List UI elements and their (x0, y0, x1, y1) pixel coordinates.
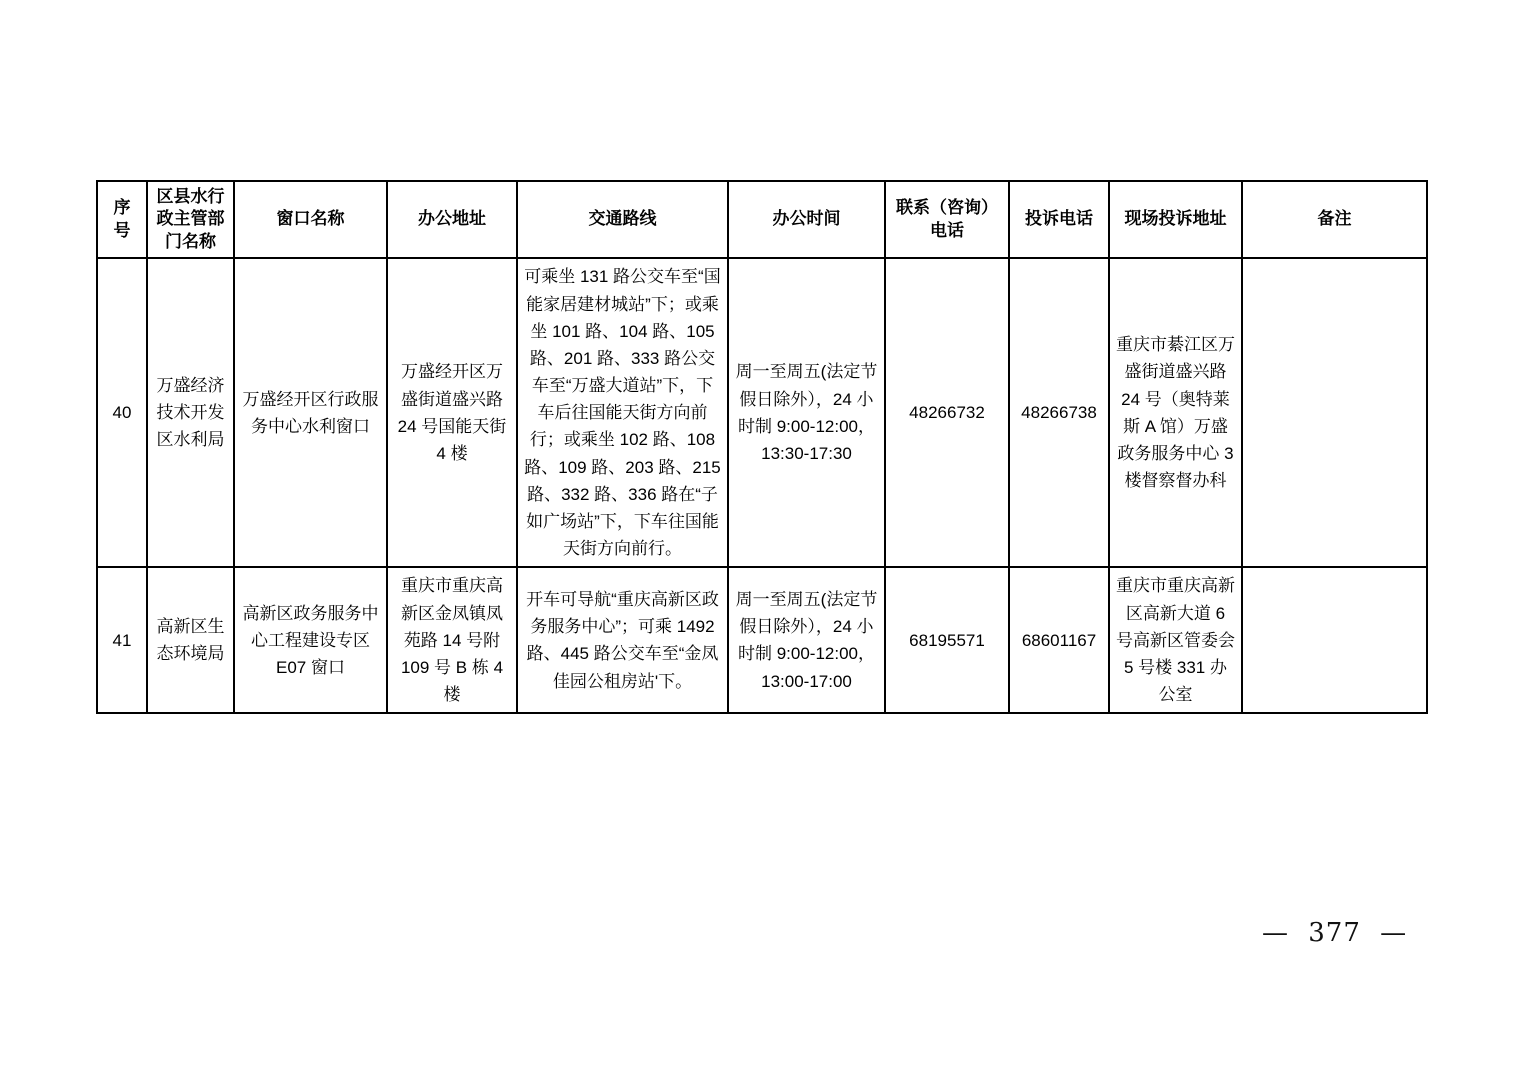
cell-dept: 万盛经济技术开发区水利局 (147, 258, 234, 567)
cell-onsite-complaint-address: 重庆市重庆高新区高新大道 6 号高新区管委会 5 号楼 331 办公室 (1109, 567, 1242, 713)
page-number: — 377 — (1262, 918, 1402, 948)
header-remarks: 备注 (1242, 181, 1427, 258)
service-windows-table: 序号 区县水行政主管部门名称 窗口名称 办公地址 交通路线 办公时间 联系（咨询… (96, 180, 1428, 714)
header-seq: 序号 (97, 181, 147, 258)
cell-seq: 41 (97, 567, 147, 713)
document-page: 序号 区县水行政主管部门名称 窗口名称 办公地址 交通路线 办公时间 联系（咨询… (0, 0, 1520, 1073)
cell-office-address: 万盛经开区万盛街道盛兴路 24 号国能天街 4 楼 (387, 258, 517, 567)
header-complaint-phone: 投诉电话 (1009, 181, 1109, 258)
header-office-hours: 办公时间 (728, 181, 885, 258)
header-onsite-complaint-address: 现场投诉地址 (1109, 181, 1242, 258)
cell-dept: 高新区生态环境局 (147, 567, 234, 713)
cell-transport-route: 开车可导航“重庆高新区政务服务中心”；可乘 1492 路、445 路公交车至“金… (517, 567, 728, 713)
header-office-address: 办公地址 (387, 181, 517, 258)
header-transport-route: 交通路线 (517, 181, 728, 258)
cell-remarks (1242, 567, 1427, 713)
cell-onsite-complaint-address: 重庆市綦江区万盛街道盛兴路 24 号（奥特莱斯 A 馆）万盛政务服务中心 3 楼… (1109, 258, 1242, 567)
cell-window-name: 高新区政务服务中心工程建设专区 E07 窗口 (234, 567, 387, 713)
cell-transport-route: 可乘坐 131 路公交车至“国能家居建材城站”下；或乘坐 101 路、104 路… (517, 258, 728, 567)
table-header-row: 序号 区县水行政主管部门名称 窗口名称 办公地址 交通路线 办公时间 联系（咨询… (97, 181, 1427, 258)
cell-office-address: 重庆市重庆高新区金凤镇凤苑路 14 号附 109 号 B 栋 4 楼 (387, 567, 517, 713)
cell-office-hours: 周一至周五(法定节假日除外），24 小时制 9:00-12:00，13:00-1… (728, 567, 885, 713)
cell-contact-phone: 48266732 (885, 258, 1009, 567)
cell-remarks (1242, 258, 1427, 567)
cell-contact-phone: 68195571 (885, 567, 1009, 713)
cell-window-name: 万盛经开区行政服务中心水利窗口 (234, 258, 387, 567)
cell-office-hours: 周一至周五(法定节假日除外），24 小时制 9:00-12:00，13:30-1… (728, 258, 885, 567)
cell-complaint-phone: 68601167 (1009, 567, 1109, 713)
table-row: 41 高新区生态环境局 高新区政务服务中心工程建设专区 E07 窗口 重庆市重庆… (97, 567, 1427, 713)
table-row: 40 万盛经济技术开发区水利局 万盛经开区行政服务中心水利窗口 万盛经开区万盛街… (97, 258, 1427, 567)
header-window-name: 窗口名称 (234, 181, 387, 258)
header-contact-phone: 联系（咨询）电话 (885, 181, 1009, 258)
cell-complaint-phone: 48266738 (1009, 258, 1109, 567)
header-dept: 区县水行政主管部门名称 (147, 181, 234, 258)
cell-seq: 40 (97, 258, 147, 567)
